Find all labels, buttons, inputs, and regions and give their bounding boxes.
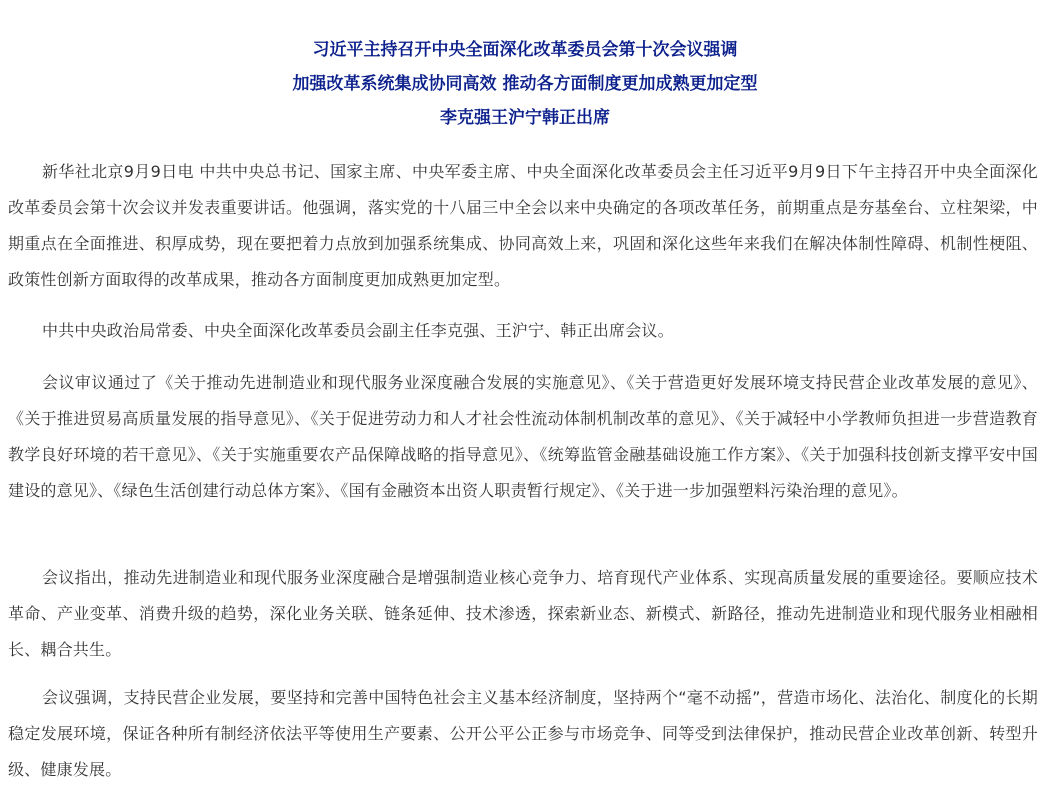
headline-subtitle: 加强改革系统集成协同高效 推动各方面制度更加成熟更加定型 bbox=[0, 67, 1050, 101]
paragraph-documents: 会议审议通过了《关于推动先进制造业和现代服务业深度融合发展的实施意见》、《关于营… bbox=[8, 365, 1038, 509]
headline-main: 习近平主持召开中央全面深化改革委员会第十次会议强调 bbox=[0, 33, 1050, 67]
paragraph-attendees: 中共中央政治局常委、中央全面深化改革委员会副主任李克强、王沪宁、韩正出席会议。 bbox=[8, 313, 1038, 349]
paragraph-manufacturing: 会议指出，推动先进制造业和现代服务业深度融合是增强制造业核心竞争力、培育现代产业… bbox=[8, 560, 1038, 668]
paragraph-private-enterprise: 会议强调，支持民营企业发展，要坚持和完善中国特色社会主义基本经济制度，坚持两个“… bbox=[8, 680, 1038, 788]
headline-attendees: 李克强王沪宁韩正出席 bbox=[0, 101, 1050, 135]
news-article: 习近平主持召开中央全面深化改革委员会第十次会议强调 加强改革系统集成协同高效 推… bbox=[0, 0, 1050, 135]
paragraph-lead: 新华社北京9月9日电 中共中央总书记、国家主席、中央军委主席、中央全面深化改革委… bbox=[8, 154, 1038, 298]
headline-block: 习近平主持召开中央全面深化改革委员会第十次会议强调 加强改革系统集成协同高效 推… bbox=[0, 0, 1050, 135]
